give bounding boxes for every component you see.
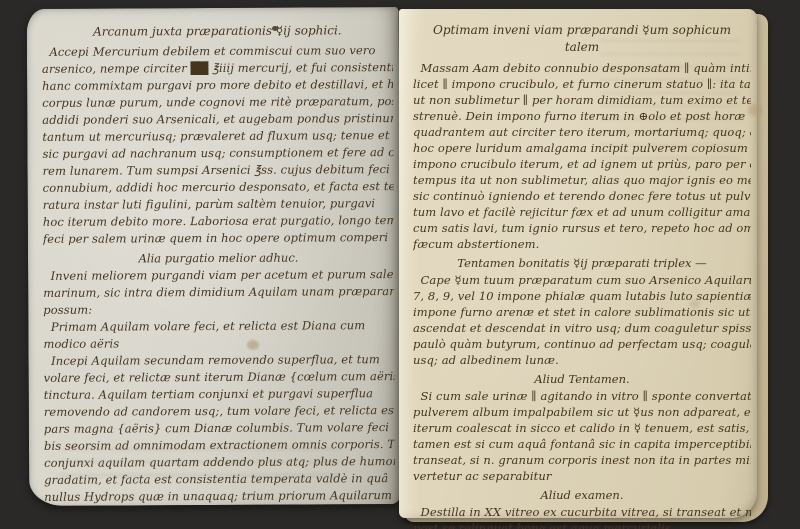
manuscript-line: pulverem album impalpabilem sic ut ☿us n… — [413, 404, 751, 420]
left-page-title: Arcanum juxta præparationis ☿ij sophici. — [42, 21, 393, 41]
manuscript-line: ascendat et descendat in vitro usq; dum … — [413, 320, 751, 336]
manuscript-line: impono crucibulo iterum, et ad ignem ut … — [413, 156, 751, 172]
manuscript-line: tum lavo et facilè rejicitur fæx et ad u… — [413, 204, 751, 220]
manuscript-line: licet ∥ impono crucibulo, et furno ciner… — [413, 76, 751, 92]
manuscript-line: sic continuò igniendo et terendo donec f… — [413, 188, 751, 204]
manuscript-line: sic purgavi ad nachranum usq; consumptio… — [42, 144, 393, 163]
manuscript-line: tempus ita ut non sublimetur, alias quo … — [413, 172, 751, 188]
manuscript-line: iterum coalescat in sicco et calido in ☿… — [413, 420, 751, 436]
manuscript-line: possum: — [43, 300, 394, 319]
manuscript-line: hoc iterum debito more. Laboriosa erat p… — [43, 212, 394, 231]
left-paragraph-1: Accepi Mercurium debilem et commiscui cu… — [42, 42, 394, 248]
manuscript-line: bis seorsim ad omnimodam extractionem om… — [44, 436, 395, 455]
manuscript-line: 7, 8, 9, vel 10 impone phialæ quam lutab… — [413, 288, 751, 304]
page-right: Optimam inveni viam præparandi ☿um sophi… — [399, 9, 757, 518]
manuscript-line: rem lunarem. Tum sumpsi Arsenici ℥ss. cu… — [43, 161, 394, 180]
section-heading-tentamen-bonitatis: Tentamen bonitatis ☿ij præparati triplex… — [413, 254, 751, 272]
manuscript-line: Destilla in XX vitreo ex cucurbita vitre… — [413, 504, 751, 520]
manuscript-line: Inveni meliorem purgandi viam per acetum… — [43, 266, 394, 285]
manuscript-line: pars magna {aëris} cum Dianæ columbis. T… — [44, 419, 395, 438]
manuscript-line: paulò quàm butyrum, continuo ad perfecta… — [413, 336, 751, 352]
manuscript-line: nullus Hydrops quæ in unaquaq; trium pri… — [44, 487, 395, 506]
manuscript-line: volare feci, et relictæ sunt iterum Dian… — [44, 368, 395, 387]
manuscript-line: vertetur ac separabitur — [413, 468, 751, 484]
manuscript-line: Primam Aquilam volare feci, et relicta e… — [43, 317, 394, 336]
manuscript-line: strenuè. Dein impono furno iterum in ⊕ol… — [413, 108, 751, 124]
manuscript-line: arsenico, nempe circiter ██ ℥iiij mercur… — [42, 59, 393, 78]
manuscript-line: Massam A̶am debito connubio desponsatam … — [413, 60, 751, 76]
manuscript-line: tamen est si cum aquâ fontanâ sic in cap… — [413, 436, 751, 452]
manuscript-line: transeat, si n. granum corporis inest no… — [413, 452, 751, 468]
manuscript-line: tinctura. Aquilam tertiam conjunxi et pu… — [44, 385, 395, 404]
manuscript-line: hanc commixtam purgavi pro more debito e… — [42, 76, 393, 95]
manuscript-line: gradatim, et facta est consistentia temp… — [44, 470, 395, 489]
right-page-title-line2: talem — [413, 39, 751, 56]
manuscript-line: ratura instar luti figulini, parùm saltè… — [43, 195, 394, 214]
page-left: Arcanum juxta præparationis ☿ij sophici.… — [27, 7, 402, 506]
manuscript-line: usq; ad albedinem lunæ. — [413, 352, 751, 368]
section-heading-aliud-examen: Aliud examen. — [413, 486, 751, 504]
manuscript-line: corpus lunæ purum, unde cognovi me ritè … — [42, 93, 393, 112]
right-paragraph-4: Destilla in XX vitreo ex cucurbita vitre… — [413, 504, 751, 529]
right-page-title-line1: Optimam inveni viam præparandi ☿um sophi… — [413, 22, 751, 39]
manuscript-line: hoc opere luridum amalgama incipit pulve… — [413, 140, 751, 156]
manuscript-line: Accepi Mercurium debilem et commiscui cu… — [42, 42, 393, 61]
manuscript-line: Si cum sale urinæ ∥ agitando in vitro ∥ … — [413, 388, 751, 404]
right-paragraph-2: Cape ☿um tuum præparatum cum suo Arsenic… — [413, 272, 751, 368]
manuscript-line: tantum ut mercuriusq; prævaleret ad flux… — [42, 127, 393, 146]
manuscript-line: feci per salem urinæ quem in hoc opere o… — [43, 229, 394, 248]
right-paragraph-3: Si cum sale urinæ ∥ agitando in vitro ∥ … — [413, 388, 751, 484]
manuscript-line: addidi ponderi suo Arsenicali, et augeba… — [42, 110, 393, 129]
manuscript-line: Incepi Aquilam secundam removendo superf… — [44, 351, 395, 370]
manuscript-line: ut non sublimetur ∥ per horam dimidiam, … — [413, 92, 751, 108]
right-paragraph-1: Massam A̶am debito connubio desponsatam … — [413, 60, 751, 252]
manuscript-line: conjunxi aquilam quartam addendo plus at… — [44, 453, 395, 472]
manuscript-line: Cape ☿um tuum præparatum cum suo Arsenic… — [413, 272, 751, 288]
left-paragraph-2: Inveni meliorem purgandi viam per acetum… — [43, 266, 395, 506]
manuscript-line: fæcum abstertionem. — [413, 236, 751, 252]
manuscript-line: removendo ad candorem usq;, tum volare f… — [44, 402, 395, 421]
section-heading-alia-purgatio: Alia purgatio melior adhuc. — [43, 248, 394, 268]
manuscript-line: marinum, sic intra diem dimidium Aquilam… — [43, 283, 394, 302]
manuscript-line: connubium, addidi hoc mercurio desponsat… — [43, 178, 394, 197]
section-heading-aliud-tentamen: Aliud Tentamen. — [413, 370, 751, 388]
manuscript-line: quadrantem aut circiter tero iterum, mor… — [413, 124, 751, 140]
manuscript-line: cum satis lavi, tum ignio rursus et tero… — [413, 220, 751, 236]
manuscript-line: impone furno arenæ et stet in calore sub… — [413, 304, 751, 320]
manuscript-photo: Arcanum juxta præparationis ☿ij sophici.… — [0, 0, 800, 529]
manuscript-line: modico aëris — [43, 334, 394, 353]
manuscript-line: post se relinquat bona est aqua mercuria… — [413, 520, 751, 529]
